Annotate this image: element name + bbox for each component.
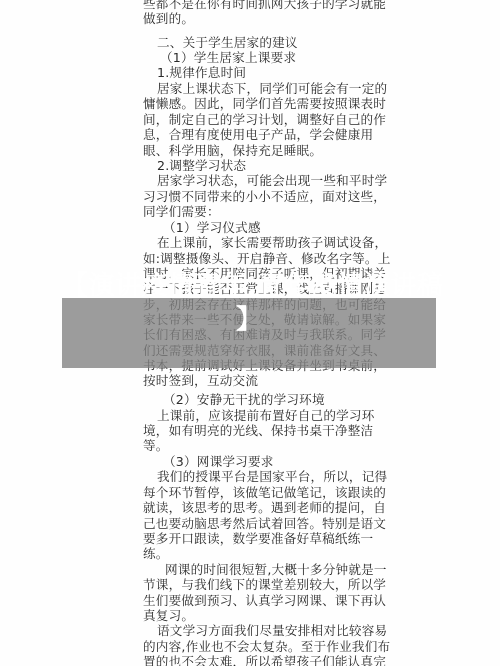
document-text-line: 要多开口跟读，数学要准备好草稿纸练一	[143, 531, 373, 546]
document-text-line: 置的也不会太难，所以希望孩子们能认真完	[143, 654, 386, 666]
document-text-line: 真复习。	[143, 608, 194, 623]
document-text-line: 同学们需要：	[143, 204, 220, 219]
document-text-line: 语文学习方面我们尽量安排相对比较容易	[157, 623, 387, 638]
document-text-line: （2）安静无干扰的学习环境	[163, 392, 325, 407]
document-text-line: 居家学习状态，可能会出现一些和平时学	[157, 173, 387, 188]
document-text-line: 上课前，应该提前布置好自己的学习环	[157, 408, 375, 423]
document-text-line: 息，合理有度使用电子产品，学会健康用	[143, 127, 373, 142]
document-text-line: 二、关于学生居家的建议	[157, 35, 298, 50]
document-text-line: 节课，与我们线下的课堂差别较大，所以学	[143, 577, 386, 592]
document-text-line: 的内容,作业也不会太复杂。至于作业我们布	[143, 639, 390, 654]
document-text-line: 等。	[143, 438, 169, 453]
document-text-line: 如:调整摄像头、开启静音、修改名字等。上	[143, 251, 391, 266]
document-text-line: 生们要做到预习、认真学习网课、课下再认	[143, 593, 386, 608]
document-text-line: 2.调整学习状态	[157, 158, 246, 173]
document-text-line: 就读，该思考的思考。遇到老师的提问，自	[143, 500, 386, 515]
document-text-line: 慵懒感。因此，同学们首先需要按照课表时	[143, 96, 386, 111]
document-text-line: 眼、科学用脑，保持充足睡眠。	[143, 143, 322, 158]
document-text-line: 在上课前，家长需要帮助孩子调试设备，	[157, 235, 387, 250]
document-text-line: （1）学生居家上课要求	[160, 50, 296, 65]
document-text-line: 居家上课状态下，同学们可能会有一定的	[157, 81, 387, 96]
banner-title: 【演讲疫情青年,青年疫情演讲稿	[62, 270, 436, 302]
document-text-line: 习习惯不同带来的小小不适应，面对这些，	[143, 189, 386, 204]
document-text-line: （3）网课学习要求	[163, 454, 274, 469]
document-text-line: 间，制定自己的学习计划，调整好自己的作	[143, 112, 386, 127]
document-text-line: 练。	[143, 546, 169, 561]
document-text-line: （1）学习仪式感	[163, 220, 261, 235]
document-text-line: 网课的时间很短暂,大概十多分钟就是一	[165, 562, 387, 577]
document-text-line: 我们的授课平台是国家平台，所以，记得	[157, 469, 387, 484]
document-text-line: 己也要动脑思考然后试着回答。特别是语文	[143, 516, 386, 531]
banner-title-bracket: 】	[62, 304, 436, 336]
document-text-line: 做到的。	[143, 11, 194, 26]
document-text-line: 境，如有明亮的光线、保持书桌干净整洁	[143, 423, 373, 438]
document-text-line: 1.规律作息时间	[157, 65, 246, 80]
document-text-line: 些都不是在你有时间抓网大孩子的学习就能	[143, 0, 386, 11]
document-text-line: 每个环节暂停，该做笔记做笔记，该跟读的	[143, 485, 386, 500]
document-text-line: 按时签到，互动交流	[143, 373, 258, 388]
